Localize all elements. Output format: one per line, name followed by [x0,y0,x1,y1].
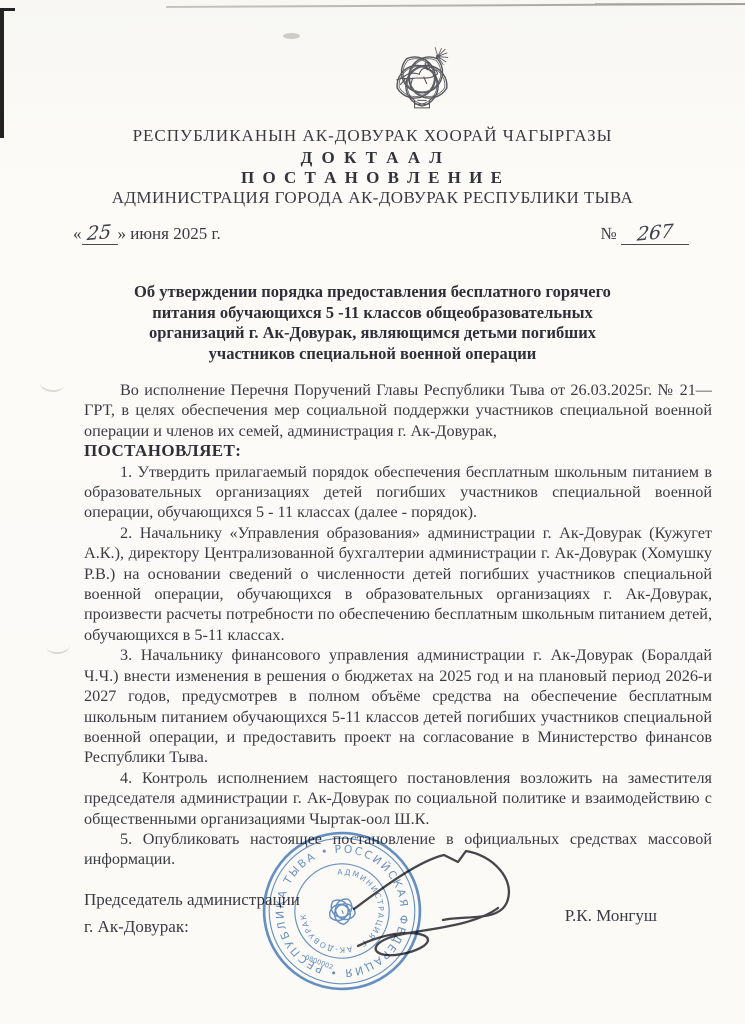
preamble-paragraph: Во исполнение Перечня Поручений Главы Ре… [84,380,712,441]
letterhead-line-tuvan: РЕСПУБЛИКАНЫН АК-ДОВУРАК ХООРАЙ ЧАГЫРГАЗ… [0,126,745,146]
letterhead: РЕСПУБЛИКАНЫН АК-ДОВУРАК ХООРАЙ ЧАГЫРГАЗ… [0,126,745,208]
document-body: Во исполнение Перечня Поручений Главы Ре… [84,380,712,870]
title-line: питания обучающихся 5 -11 классов общеоб… [0,303,745,324]
date-underline: 25 [82,224,118,245]
scan-artifact-smudge [283,33,300,39]
title-line: организаций г. Ак-Довурак, являющимся де… [0,323,745,344]
item-1: 1. Утвердить прилагаемый порядок обеспеч… [84,462,712,523]
scan-artifact-corner-bar [0,8,4,138]
scanned-document-page: РЕСПУБЛИКАНЫН АК-ДОВУРАК ХООРАЙ ЧАГЫРГАЗ… [0,0,745,1024]
dateline: № 267 «25» июня 2025 г. [73,224,697,245]
title-line: участников специальной военной операции [0,344,745,365]
document-number: № 267 [601,224,689,245]
handwritten-number: 267 [636,222,674,244]
scan-artifact-crescent [45,637,70,655]
date-text: » июня 2025 г. [118,224,221,243]
tyva-coat-of-arms-icon [380,30,464,126]
doc-type-tuvan: Д О К Т А А Л [0,148,745,168]
handwritten-day: 25 [87,223,113,244]
date-quote-open: « [73,224,82,243]
item-4: 4. Контроль исполнением настоящего поста… [84,768,712,829]
letterhead-line-russian: АДМИНИСТРАЦИЯ ГОРОДА АК-ДОВУРАК РЕСПУБЛИ… [0,188,745,208]
item-3: 3. Начальнику финансового управления адм… [84,645,712,767]
item-2: 2. Начальнику «Управления образования» а… [84,523,712,645]
number-underline: 267 [621,224,689,245]
title-line: Об утверждении порядка предоставления бе… [0,282,745,303]
doc-type-russian: П О С Т А Н О В Л Е Н И Е [0,168,745,188]
signatory-name: Р.К. Монгуш [565,906,657,926]
handwritten-signature [346,845,534,965]
document-title: Об утверждении порядка предоставления бе… [0,282,745,364]
resolves-label: ПОСТАНОВЛЯЕТ: [84,441,712,461]
number-sign: № [601,224,617,243]
scan-artifact-page-edge-right [595,3,745,4]
scan-artifact-crescent [39,375,65,393]
scan-artifact-corner-bar-top [0,8,15,11]
